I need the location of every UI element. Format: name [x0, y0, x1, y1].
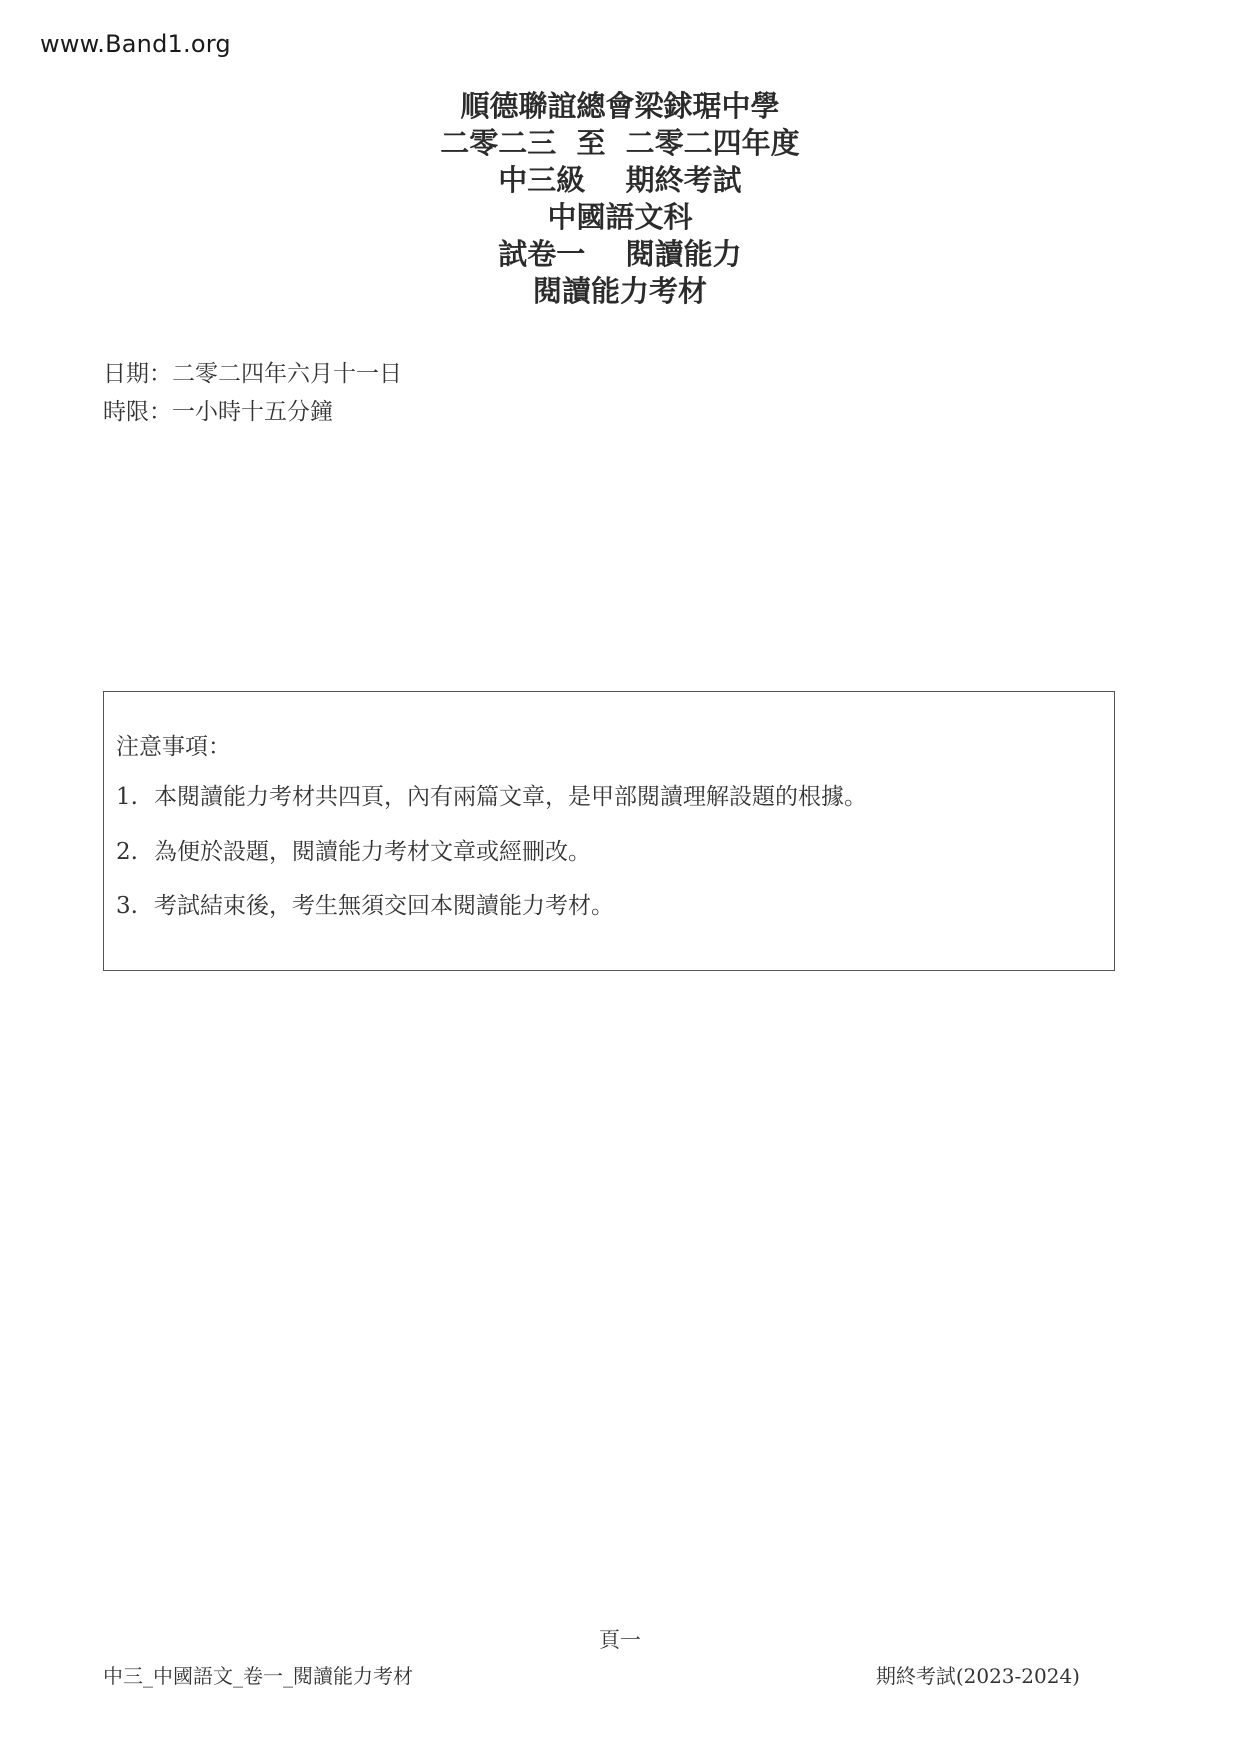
instruction-text: 為便於設題，閱讀能力考材文章或經刪改。 [154, 839, 591, 865]
page-number: 頁一 [0, 1624, 1240, 1654]
instructions-box: 注意事項： 1.本閱讀能力考材共四頁，內有兩篇文章，是甲部閱讀理解設題的根據。 … [103, 691, 1115, 971]
exam-meta: 日期：二零二四年六月十一日 時限：一小時十五分鐘 [103, 355, 402, 431]
exam-duration: 時限：一小時十五分鐘 [103, 393, 402, 431]
paper-name: 試卷一 閱讀能力 [0, 236, 1240, 273]
subject-name: 中國語文科 [0, 199, 1240, 236]
school-name: 順德聯誼總會梁銶琚中學 [0, 88, 1240, 125]
footer-exam-period: 期終考試(2023-2024) [876, 1660, 1080, 1689]
instruction-item: 2.為便於設題，閱讀能力考材文章或經刪改。 [116, 833, 591, 866]
instruction-item: 1.本閱讀能力考材共四頁，內有兩篇文章，是甲部閱讀理解設題的根據。 [116, 778, 867, 811]
instruction-number: 2. [116, 839, 154, 865]
instruction-text: 考試結束後，考生無須交回本閱讀能力考材。 [154, 893, 614, 919]
instructions-heading: 注意事項： [116, 728, 231, 761]
instruction-number: 3. [116, 893, 154, 919]
instruction-item: 3.考試結束後，考生無須交回本閱讀能力考材。 [116, 887, 614, 920]
instruction-number: 1. [116, 784, 154, 810]
footer-document-id: 中三_中國語文_卷一_閱讀能力考材 [103, 1660, 413, 1689]
instruction-text: 本閱讀能力考材共四頁，內有兩篇文章，是甲部閱讀理解設題的根據。 [154, 784, 867, 810]
material-title: 閱讀能力考材 [0, 273, 1240, 310]
exam-date: 日期：二零二四年六月十一日 [103, 355, 402, 393]
watermark-url: www.Band1.org [40, 30, 231, 58]
academic-year: 二零二三 至 二零二四年度 [0, 125, 1240, 162]
exam-title-block: 順德聯誼總會梁銶琚中學 二零二三 至 二零二四年度 中三級 期終考試 中國語文科… [0, 88, 1240, 310]
exam-level: 中三級 期終考試 [0, 162, 1240, 199]
